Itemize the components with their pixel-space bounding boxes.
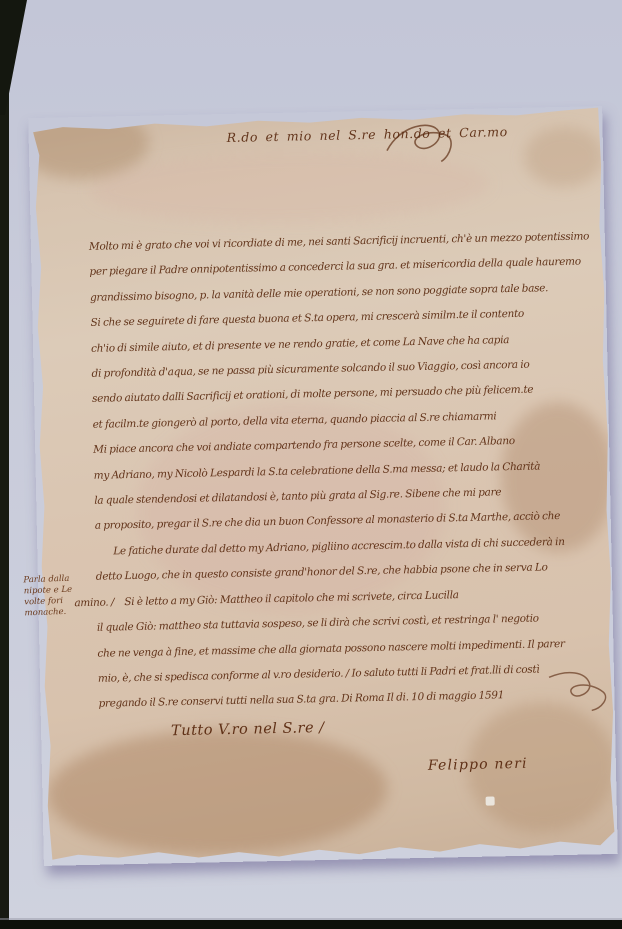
paper-stain xyxy=(46,726,389,858)
paper-stain xyxy=(524,126,605,188)
signature-filippo-neri: Felippo neri xyxy=(428,756,528,774)
salutation-line: R.do et mio nel S.re hon.do et Car.mo xyxy=(227,124,508,145)
paper-white-speck xyxy=(486,796,495,805)
letter-paper: R.do et mio nel S.re hon.do et Car.mo Mo… xyxy=(28,106,618,866)
header-flourish-icon xyxy=(380,115,459,167)
film-edge-bottom xyxy=(0,920,622,929)
margin-note: Parla dallanipote e Levolte forimonache. xyxy=(23,573,102,620)
date-flourish-icon xyxy=(545,666,610,713)
letter-body: Molto mi è grato che voi vi ricordiate d… xyxy=(89,224,599,717)
film-edge-left xyxy=(0,0,9,929)
film-edge-top-left-wedge xyxy=(0,0,27,115)
valediction-line: Tutto V.ro nel S.re / xyxy=(171,720,325,739)
letter-photograph: R.do et mio nel S.re hon.do et Car.mo Mo… xyxy=(0,0,622,929)
